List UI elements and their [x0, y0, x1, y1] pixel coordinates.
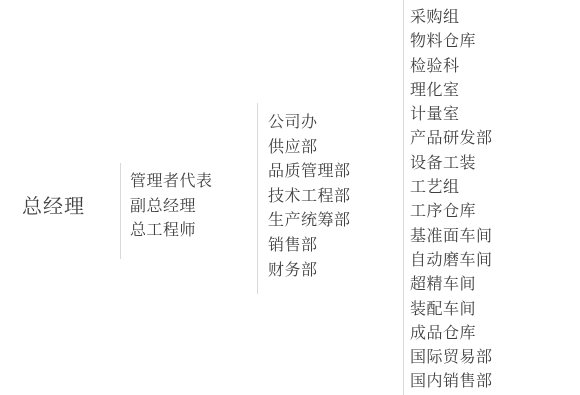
- org-node: 物料仓库: [410, 29, 493, 53]
- org-node: 工序仓库: [410, 199, 493, 223]
- org-level-4-column: 采购组 物料仓库 检验科 理化室 计量室 产品研发部 设备工装 工艺组 工序仓库…: [410, 5, 493, 394]
- org-node: 采购组: [410, 5, 493, 29]
- org-node: 管理者代表: [130, 169, 213, 194]
- org-node: 自动磨车间: [410, 248, 493, 272]
- org-node: 基准面车间: [410, 224, 493, 248]
- org-node: 公司办: [268, 110, 351, 135]
- org-node: 国内销售部: [410, 369, 493, 393]
- org-node: 财务部: [268, 258, 351, 283]
- divider-level1-level2: [120, 163, 121, 259]
- org-node: 理化室: [410, 78, 493, 102]
- org-node: 副总经理: [130, 194, 213, 219]
- org-node: 计量室: [410, 102, 493, 126]
- org-node: 生产统筹部: [268, 208, 351, 233]
- org-node: 国际贸易部: [410, 345, 493, 369]
- org-node: 供应部: [268, 135, 351, 160]
- org-node: 工艺组: [410, 175, 493, 199]
- org-node: 成品仓库: [410, 321, 493, 345]
- org-node: 装配车间: [410, 297, 493, 321]
- org-level-3-column: 公司办 供应部 品质管理部 技术工程部 生产统筹部 销售部 财务部: [268, 110, 351, 282]
- org-node: 检验科: [410, 54, 493, 78]
- org-node: 品质管理部: [268, 159, 351, 184]
- divider-level3-level4: [403, 0, 404, 395]
- org-node: 设备工装: [410, 151, 493, 175]
- divider-level2-level3: [257, 103, 258, 294]
- org-level-2-column: 管理者代表 副总经理 总工程师: [130, 169, 213, 243]
- org-level-1-column: 总经理: [22, 194, 85, 218]
- org-chart: 总经理 管理者代表 副总经理 总工程师 公司办 供应部 品质管理部 技术工程部 …: [0, 0, 580, 395]
- org-node: 超精车间: [410, 272, 493, 296]
- org-node-root: 总经理: [22, 194, 85, 218]
- org-node: 技术工程部: [268, 184, 351, 209]
- org-node: 总工程师: [130, 218, 213, 243]
- org-node: 销售部: [268, 233, 351, 258]
- org-node: 产品研发部: [410, 126, 493, 150]
